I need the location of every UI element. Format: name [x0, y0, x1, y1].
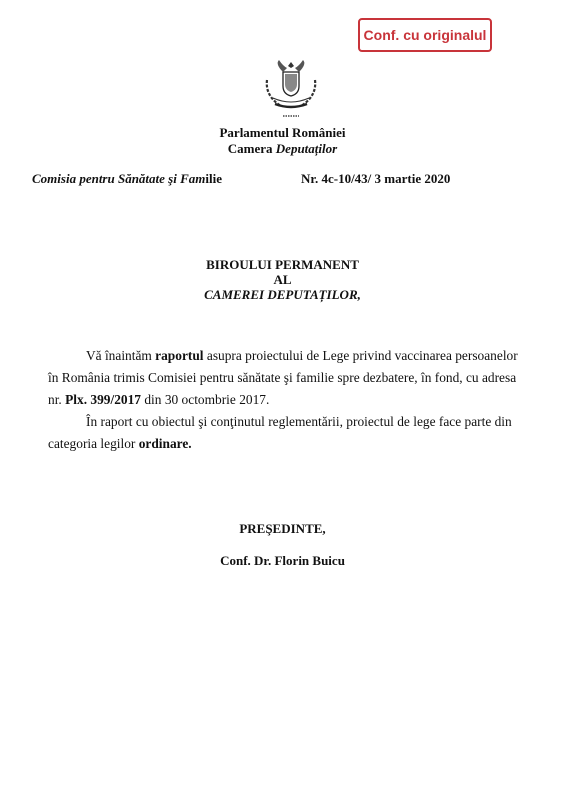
p1-report: raportul	[155, 348, 203, 363]
addressee-line2: AL	[0, 272, 565, 287]
p1-plx-number: Plx. 399/2017	[65, 392, 141, 407]
chamber-name: Camera Deputaților	[0, 141, 565, 157]
p2-text-1: În raport cu obiectul şi conţinutul regl…	[48, 414, 512, 451]
commission-plain: ilie	[205, 171, 222, 186]
p2-law-category: ordinare.	[139, 436, 192, 451]
p1-text-1: Vă înaintăm	[86, 348, 155, 363]
certified-copy-stamp: Conf. cu originalul	[358, 18, 492, 52]
addressee-line3: CAMEREI DEPUTAȚILOR,	[0, 287, 565, 302]
chamber-deputies: Deputaților	[276, 141, 337, 156]
paragraph-2: În raport cu obiectul şi conţinutul regl…	[48, 411, 518, 455]
signatory-name: Conf. Dr. Florin Buicu	[0, 553, 565, 569]
paragraph-1: Vă înaintăm raportul asupra proiectului …	[48, 345, 518, 411]
signatory-title: PREŞEDINTE,	[0, 521, 565, 537]
addressee-line1: BIROULUI PERMANENT	[0, 257, 565, 272]
addressee-block: BIROULUI PERMANENT AL CAMEREI DEPUTAȚILO…	[0, 257, 565, 302]
commission-name: Comisia pentru Sănătate şi Familie	[32, 171, 222, 187]
letterhead: Parlamentul României Camera Deputaților	[0, 125, 565, 157]
chamber-label: Camera	[228, 141, 276, 156]
stamp-text: Conf. cu originalul	[364, 27, 487, 43]
parliament-name: Parlamentul României	[0, 125, 565, 141]
p1-text-3: din 30 octombrie 2017.	[141, 392, 269, 407]
commission-italic: Comisia pentru Sănătate şi Fam	[32, 171, 205, 186]
document-number: Nr. 4c-10/43/ 3 martie 2020	[301, 171, 450, 187]
coat-of-arms-icon	[255, 58, 327, 120]
